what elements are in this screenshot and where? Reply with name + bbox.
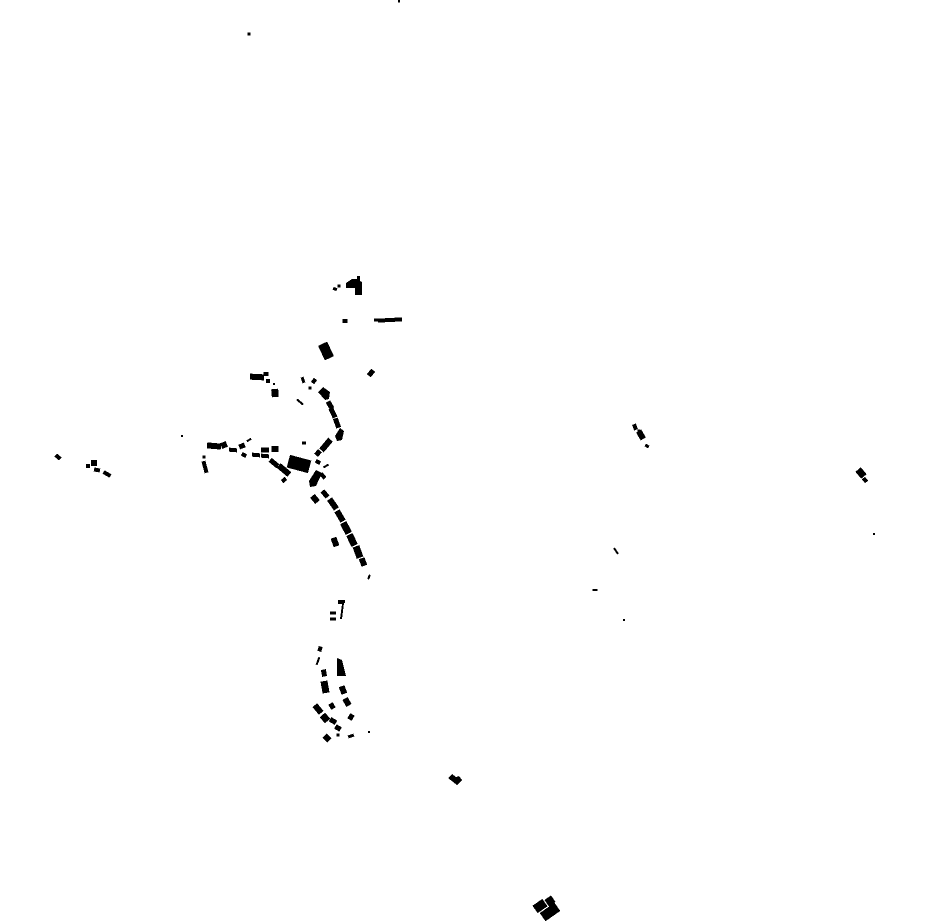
- building-footprint[interactable]: [368, 731, 370, 733]
- building-footprint[interactable]: [873, 533, 875, 535]
- building-footprint[interactable]: [252, 453, 260, 458]
- building-footprint[interactable]: [203, 456, 206, 459]
- building-footprint[interactable]: [330, 612, 336, 615]
- building-footprint[interactable]: [638, 430, 641, 433]
- building-footprint[interactable]: [207, 442, 221, 449]
- building-footprint[interactable]: [623, 619, 625, 621]
- building-footprint[interactable]: [229, 448, 237, 453]
- building-footprint[interactable]: [250, 374, 264, 381]
- building-footprint[interactable]: [181, 435, 183, 437]
- building-footprint[interactable]: [593, 589, 598, 591]
- building-footprint[interactable]: [309, 387, 312, 390]
- building-footprint[interactable]: [248, 33, 251, 36]
- building-footprint[interactable]: [261, 448, 269, 453]
- building-footprint[interactable]: [343, 319, 348, 323]
- map-background: [0, 0, 930, 924]
- building-footprint[interactable]: [398, 0, 400, 3]
- building-footprint[interactable]: [374, 319, 380, 322]
- building-footprint[interactable]: [266, 379, 270, 383]
- building-footprints-layer: [0, 0, 930, 924]
- map-canvas[interactable]: Building footprints: [0, 0, 930, 924]
- building-footprint[interactable]: [330, 618, 336, 621]
- building-footprint[interactable]: [91, 460, 97, 466]
- building-footprint[interactable]: [273, 383, 275, 385]
- building-footprint[interactable]: [302, 442, 306, 445]
- building-footprint[interactable]: [271, 389, 279, 398]
- building-footprint[interactable]: [86, 464, 90, 468]
- building-footprint[interactable]: [338, 285, 341, 288]
- building-footprint[interactable]: [272, 446, 279, 452]
- building-footprint[interactable]: [264, 372, 269, 376]
- building-footprint[interactable]: [337, 734, 340, 737]
- building-footprint[interactable]: [261, 454, 269, 459]
